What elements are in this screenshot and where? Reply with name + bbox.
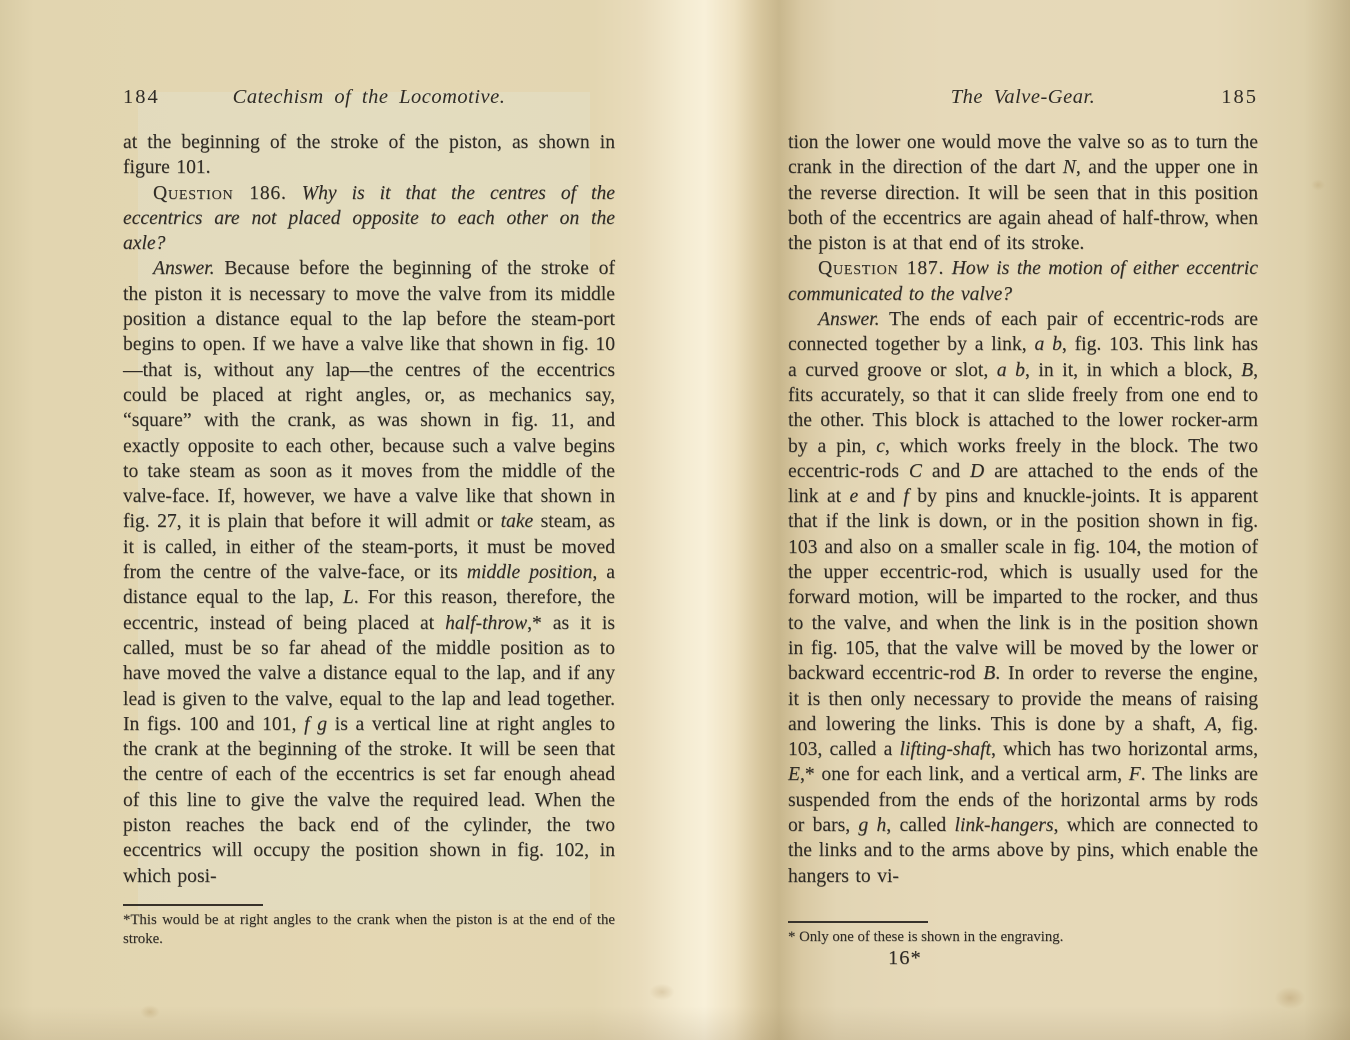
body-paragraph: at the beginning of the stroke of the pi… — [123, 130, 615, 181]
footnote-text: *This would be at right angles to the cr… — [123, 911, 615, 948]
left-footnote: *This would be at right angles to the cr… — [123, 904, 615, 948]
right-running-title: The Valve-Gear. — [850, 86, 1196, 109]
body-paragraph-question-187: Question 187. How is the motion of eithe… — [788, 256, 1258, 307]
book-spread: 184 Catechism of the Locomotive. at the … — [0, 0, 1350, 1040]
left-running-title: Catechism of the Locomotive. — [185, 86, 553, 109]
right-page-header: The Valve-Gear. 185 — [788, 86, 1258, 109]
body-paragraph-question-186: Question 186. Why is it that the centres… — [123, 181, 615, 257]
right-footnote: * Only one of these is shown in the engr… — [788, 921, 1258, 967]
left-page: 184 Catechism of the Locomotive. at the … — [123, 86, 615, 1040]
right-page: The Valve-Gear. 185 tion the lower one w… — [788, 86, 1258, 1040]
body-paragraph: tion the lower one would move the valve … — [788, 130, 1258, 256]
right-page-body: tion the lower one would move the valve … — [788, 130, 1258, 889]
left-page-number: 184 — [123, 86, 185, 109]
right-page-edge-shadow — [1304, 0, 1350, 1040]
footnote-text: * Only one of these is shown in the engr… — [788, 928, 1258, 947]
body-paragraph-answer-187: Answer. The ends of each pair of eccentr… — [788, 307, 1258, 889]
right-page-number: 185 — [1196, 86, 1258, 109]
footnote-rule — [788, 921, 928, 923]
signature-mark: 16* — [888, 949, 1258, 968]
left-page-body: at the beginning of the stroke of the pi… — [123, 130, 615, 889]
footnote-rule — [123, 904, 263, 906]
body-paragraph-answer-186: Answer. Because before the beginning of … — [123, 256, 615, 888]
left-page-header: 184 Catechism of the Locomotive. — [123, 86, 615, 109]
